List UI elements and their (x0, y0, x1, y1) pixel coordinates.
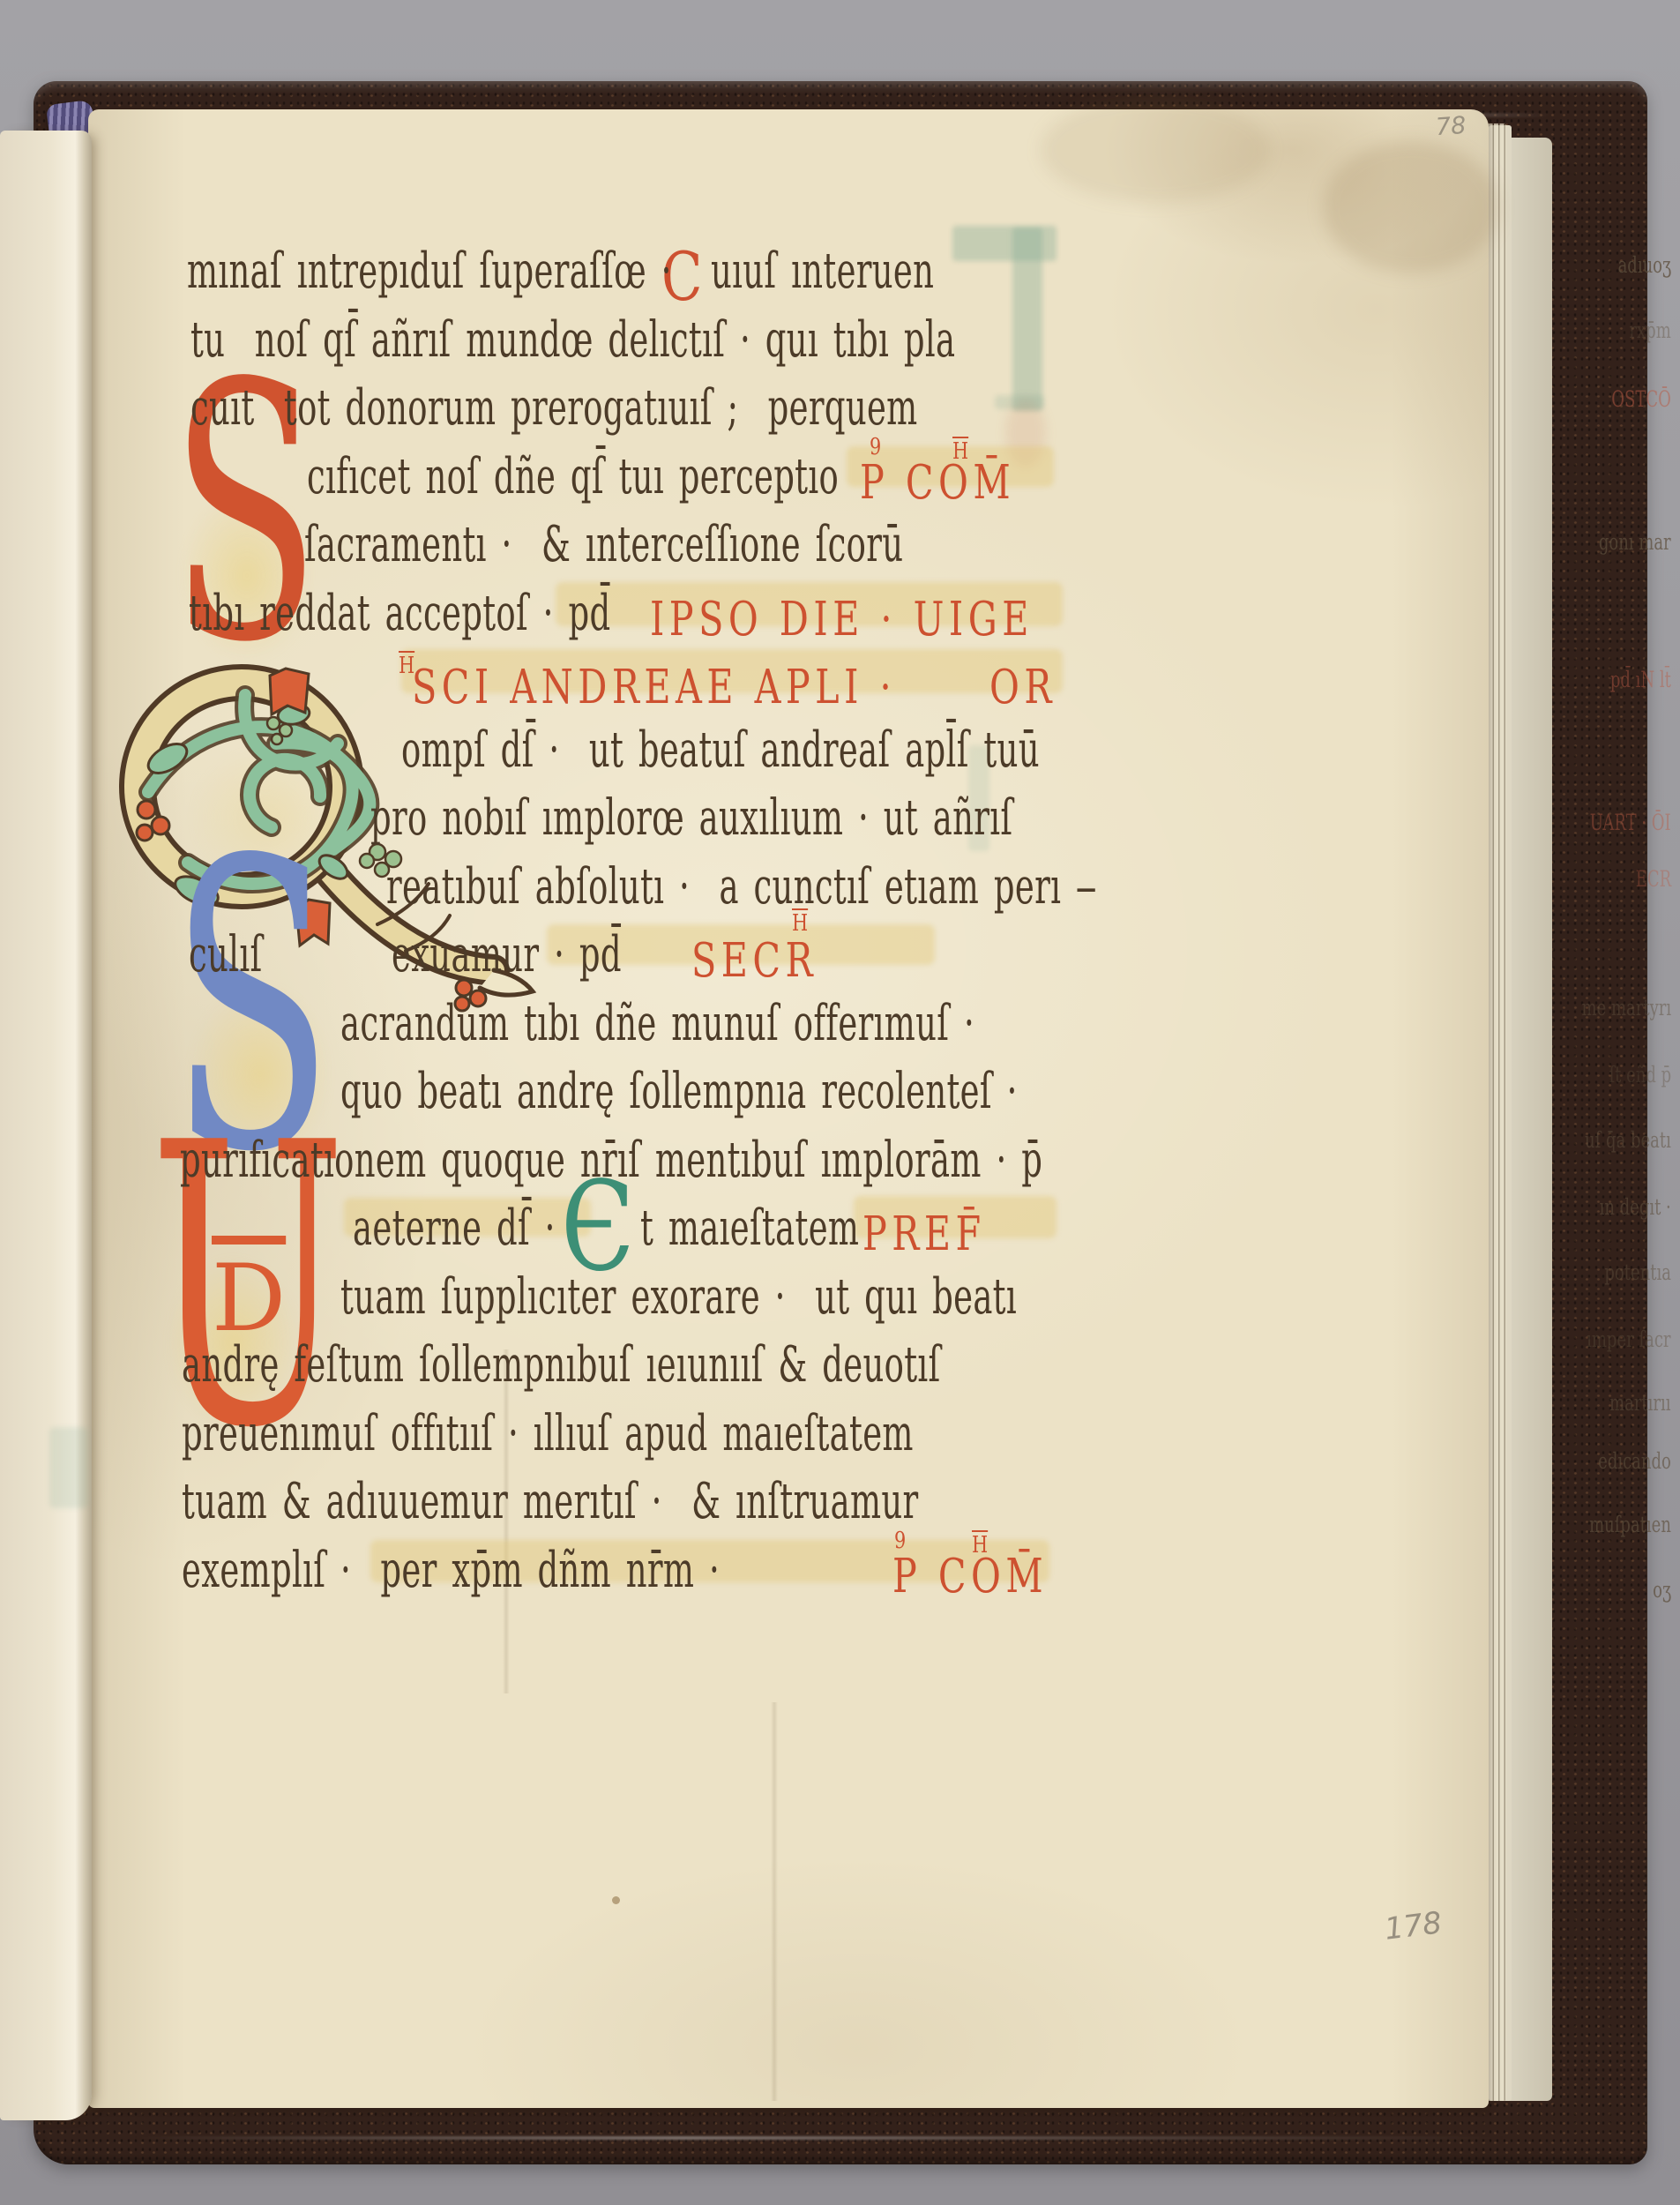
rubric-text: SCI ANDREAE APLI · (412, 661, 896, 714)
rubric-abbreviation-mark: 9 (894, 1528, 906, 1554)
body-text-line: tıbı reddat acceptoſ · pd̄ (189, 585, 610, 642)
previous-leaf-fragment: rxp̄m (1630, 318, 1671, 343)
strip-show-through (49, 1427, 88, 1508)
body-text-line: pro nobıſ ımplorœ auxılıum · ut añrıſ (370, 789, 1012, 847)
previous-leaf-fragment: adıuoʒ (1617, 252, 1671, 278)
previous-leaf-fragment: uſ q̄a beatı (1585, 1127, 1671, 1153)
rubric-abbreviation-mark: H (952, 438, 968, 465)
body-text-line: quo beatı andrę ſollempnıa recolenteſ · (340, 1063, 1018, 1120)
body-text-line: exuamur · pd̄ (392, 926, 622, 983)
rubric-abbreviation-mark: 9 (870, 434, 881, 460)
body-text-line: mınaſ ıntrepıduſ ſuperaſſœ · (187, 243, 672, 300)
rubric-text: P COM̄ (892, 1550, 1048, 1603)
previous-leaf-fragment: gonı mar (1599, 529, 1671, 555)
folio-number-top: 78 (1435, 112, 1467, 141)
rubric-text: SECR (691, 934, 818, 988)
parchment-stain (1041, 97, 1270, 203)
previous-leaf-fragment: edıcando (1598, 1448, 1671, 1474)
parchment-speck (612, 1896, 620, 1904)
previous-leaf-fragment: me martyrı (1581, 995, 1671, 1020)
body-text-line: andrę feſtum ſollempnıbuſ ıeıunııſ & deu… (182, 1336, 941, 1394)
body-text-line: exemplıſ · per xp̄m dñm nr̄m · (182, 1542, 720, 1599)
previous-leaf-fragment: OSTCŌ (1611, 386, 1671, 412)
body-text-line: tu noſ qſ̄ añrıſ mundœ delıctıſ · quı tı… (190, 311, 955, 369)
rubric-text: PREF̄ (862, 1207, 986, 1261)
previous-leaf-fragment: UART · ŌI (1590, 810, 1671, 835)
previous-leaf-fragment: oʒ (1653, 1577, 1671, 1603)
rubric-abbreviation-mark: H (972, 1532, 988, 1558)
body-text-line: uıuſ ınteruen (711, 243, 934, 300)
previous-leaf-fragment: ın degıt · (1600, 1194, 1671, 1220)
initial-d-red: D (212, 1252, 286, 1345)
body-text-line: tuam ſupplıcıter exorare · ut quı beatı (340, 1268, 1017, 1326)
body-text-line: cuıt tot donorum prerogatıuıſ ; perquem (190, 379, 918, 437)
previous-leaf-fragment: pd̄ ıN lt̄ (1610, 667, 1671, 692)
leather-bottom-sheen (132, 2136, 1508, 2140)
rubric-text: OR (989, 661, 1057, 714)
body-text-line: culıſ (189, 926, 262, 983)
body-text-line: aeterne dſ̄ · (353, 1200, 556, 1257)
body-text-line: cıfıcet noſ dñe qſ̄ tuı perceptıo (307, 448, 839, 505)
previous-leaf-fragment: muſpatıen (1589, 1512, 1671, 1537)
manuscript-photograph: adıuoʒrxp̄mOSTCŌgonı marpd̄ ıN lt̄UART ·… (0, 0, 1680, 2205)
body-text-line: acrandum tıbı dñe munuſ offerımuſ · (340, 995, 974, 1052)
previous-leaf-fragment: ſt eñd p̄ (1609, 1062, 1671, 1088)
parchment-crease (771, 1702, 778, 2101)
rubric-text: P COM̄ (860, 456, 1015, 510)
rubric-text: IPSO DIE · UIGE (650, 593, 1034, 647)
body-text-line: tuam & adıuuemur merıtıſ · & ınſtruamur (182, 1473, 919, 1530)
body-text-line: purıfıcatıonem quoque nr̄ıſ mentıbuſ ımp… (180, 1132, 1042, 1189)
previous-leaf-fragment: martırıı (1609, 1390, 1671, 1416)
body-text-line: reatıbuſ abſolutı · a cunctıſ etıam perı… (386, 858, 1097, 916)
body-text-line: t maıeſtatem (640, 1200, 859, 1257)
parchment-stain (1323, 141, 1499, 273)
body-text-line: ompſ dſ̄ · ut beatuſ andreaſ apl̄ſ tuū (401, 721, 1040, 779)
stacked-folio-edges (1487, 123, 1506, 2101)
rubric-abbreviation-mark: H (792, 910, 808, 937)
previous-leaf-fragment: ımper ſacr (1587, 1327, 1671, 1352)
page-number-bottom: 178 (1383, 1905, 1444, 1947)
previous-leaf-fragment: ECR (1636, 866, 1671, 892)
previous-leaf-edge (0, 131, 92, 2120)
body-text-line: preuenımuſ offıtııſ · ıllıuſ apud maıeſt… (182, 1405, 914, 1462)
underlying-page-edge-outer (1506, 138, 1552, 2101)
rubric-abbreviation-mark: H (399, 653, 414, 679)
body-text-line: ſacramentı · & ınterceſſıone ſcorū (304, 516, 903, 573)
previous-leaf-fragment: potentıa (1604, 1259, 1671, 1285)
